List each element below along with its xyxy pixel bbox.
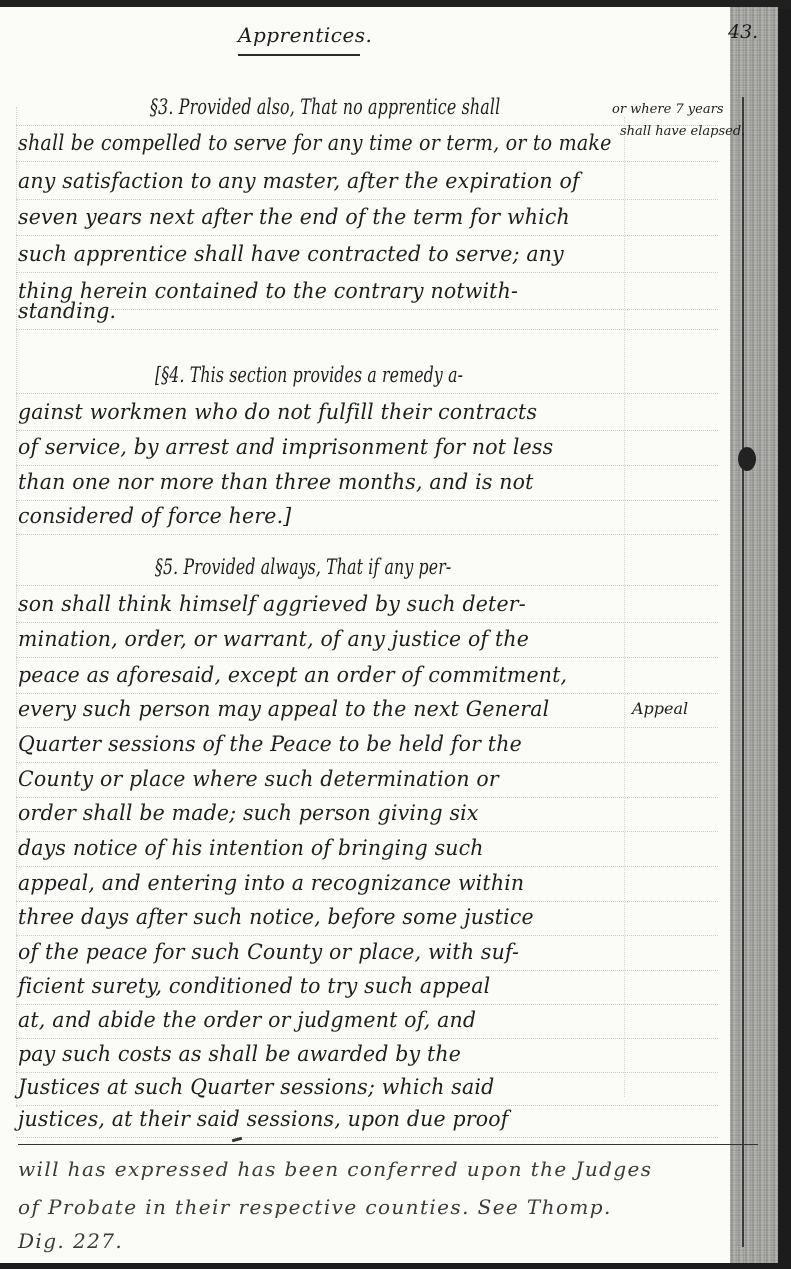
margin-note-appeal: Appeal (632, 699, 688, 718)
section-5-line: order shall be made; such person giving … (18, 801, 612, 825)
section-5-line: Justices at such Quarter sessions; which… (18, 1075, 612, 1099)
ruled-line (16, 622, 718, 623)
binding-rule-line (742, 97, 744, 1247)
section-3-line: seven years next after the end of the te… (18, 205, 612, 229)
ruled-line (16, 1038, 718, 1039)
section-4-line: of service, by arrest and imprisonment f… (18, 435, 612, 459)
page-number: 43. (728, 21, 758, 43)
ruled-line (16, 657, 718, 658)
margin-note-section-3: shall have elapsed. (620, 124, 745, 139)
section-5-line: son shall think himself aggrieved by suc… (18, 592, 612, 616)
section-3-line: any satisfaction to any master, after th… (18, 169, 612, 193)
section-5-line: mination, order, or warrant, of any just… (18, 627, 612, 651)
section-5-line: justices, at their said sessions, upon d… (18, 1107, 612, 1131)
footnote-line: Dig. 227. (18, 1229, 123, 1253)
section-3-line: shall be compelled to serve for any time… (18, 131, 572, 155)
ruled-line (16, 329, 718, 330)
section-5-line: days notice of his intention of bringing… (18, 836, 612, 860)
section-5-line: three days after such notice, before som… (18, 905, 612, 929)
section-5-line: pay such costs as shall be awarded by th… (18, 1042, 612, 1066)
ruled-line (16, 534, 718, 535)
section-5-line: of the peace for such County or place, w… (18, 940, 612, 964)
ruled-line (16, 235, 718, 236)
ruled-line (16, 199, 718, 200)
section-5-line: §5. Provided always, That if any per- (155, 555, 612, 579)
footnote-line: will has expressed has been conferred up… (18, 1157, 652, 1181)
section-5-line: at, and abide the order or judgment of, … (18, 1008, 612, 1032)
ruled-line (16, 762, 718, 763)
ruled-line (16, 1072, 718, 1073)
ruled-line (16, 500, 718, 501)
footnote-line: of Probate in their respective counties.… (18, 1195, 612, 1219)
binding-hole (738, 447, 756, 471)
section-5-line: ficient surety, conditioned to try such … (18, 974, 612, 998)
section-4-line: [§4. This section provides a remedy a- (155, 363, 612, 387)
ruled-line (16, 693, 718, 694)
section-5-line: every such person may appeal to the next… (18, 697, 612, 721)
ruled-line (16, 585, 718, 586)
ruled-line (16, 831, 718, 832)
ruled-line (16, 901, 718, 902)
ruled-line (16, 430, 718, 431)
section-5-line: County or place where such determination… (18, 767, 612, 791)
section-5-line: peace as aforesaid, except an order of c… (18, 663, 612, 687)
section-5-line: appeal, and entering into a recognizance… (18, 871, 612, 895)
page-binding-shadow (730, 7, 778, 1263)
ruled-line (16, 272, 718, 273)
ruled-line (16, 866, 718, 867)
ruled-line (16, 970, 718, 971)
margin-rule (16, 107, 17, 1107)
ruled-line (16, 161, 718, 162)
ruled-line (16, 125, 718, 126)
ruled-line (16, 797, 718, 798)
ruled-line (16, 465, 718, 466)
section-4-line: considered of force here.] (18, 504, 612, 528)
section-4-line: than one nor more than three months, and… (18, 470, 612, 494)
section-3-line: standing. (18, 299, 612, 323)
section-3-line: §3. Provided also, That no apprentice sh… (150, 95, 612, 119)
text-column-rule (624, 117, 625, 1097)
footnote-divider (18, 1144, 758, 1145)
margin-note-section-3: or where 7 years (612, 102, 723, 117)
page-title: Apprentices. (238, 23, 372, 47)
manuscript-page: Apprentices. 43. §3. Provided also, That… (0, 7, 778, 1263)
title-underline (238, 54, 360, 56)
ruled-line (16, 935, 718, 936)
section-4-line: gainst workmen who do not fulfill their … (18, 400, 612, 424)
section-3-line: such apprentice shall have contracted to… (18, 242, 612, 266)
section-5-line: Quarter sessions of the Peace to be held… (18, 732, 612, 756)
ruled-line (16, 393, 718, 394)
ruled-line (16, 727, 718, 728)
ruled-line (16, 1004, 718, 1005)
ruled-line (16, 1105, 718, 1106)
ruled-line (16, 1137, 718, 1138)
